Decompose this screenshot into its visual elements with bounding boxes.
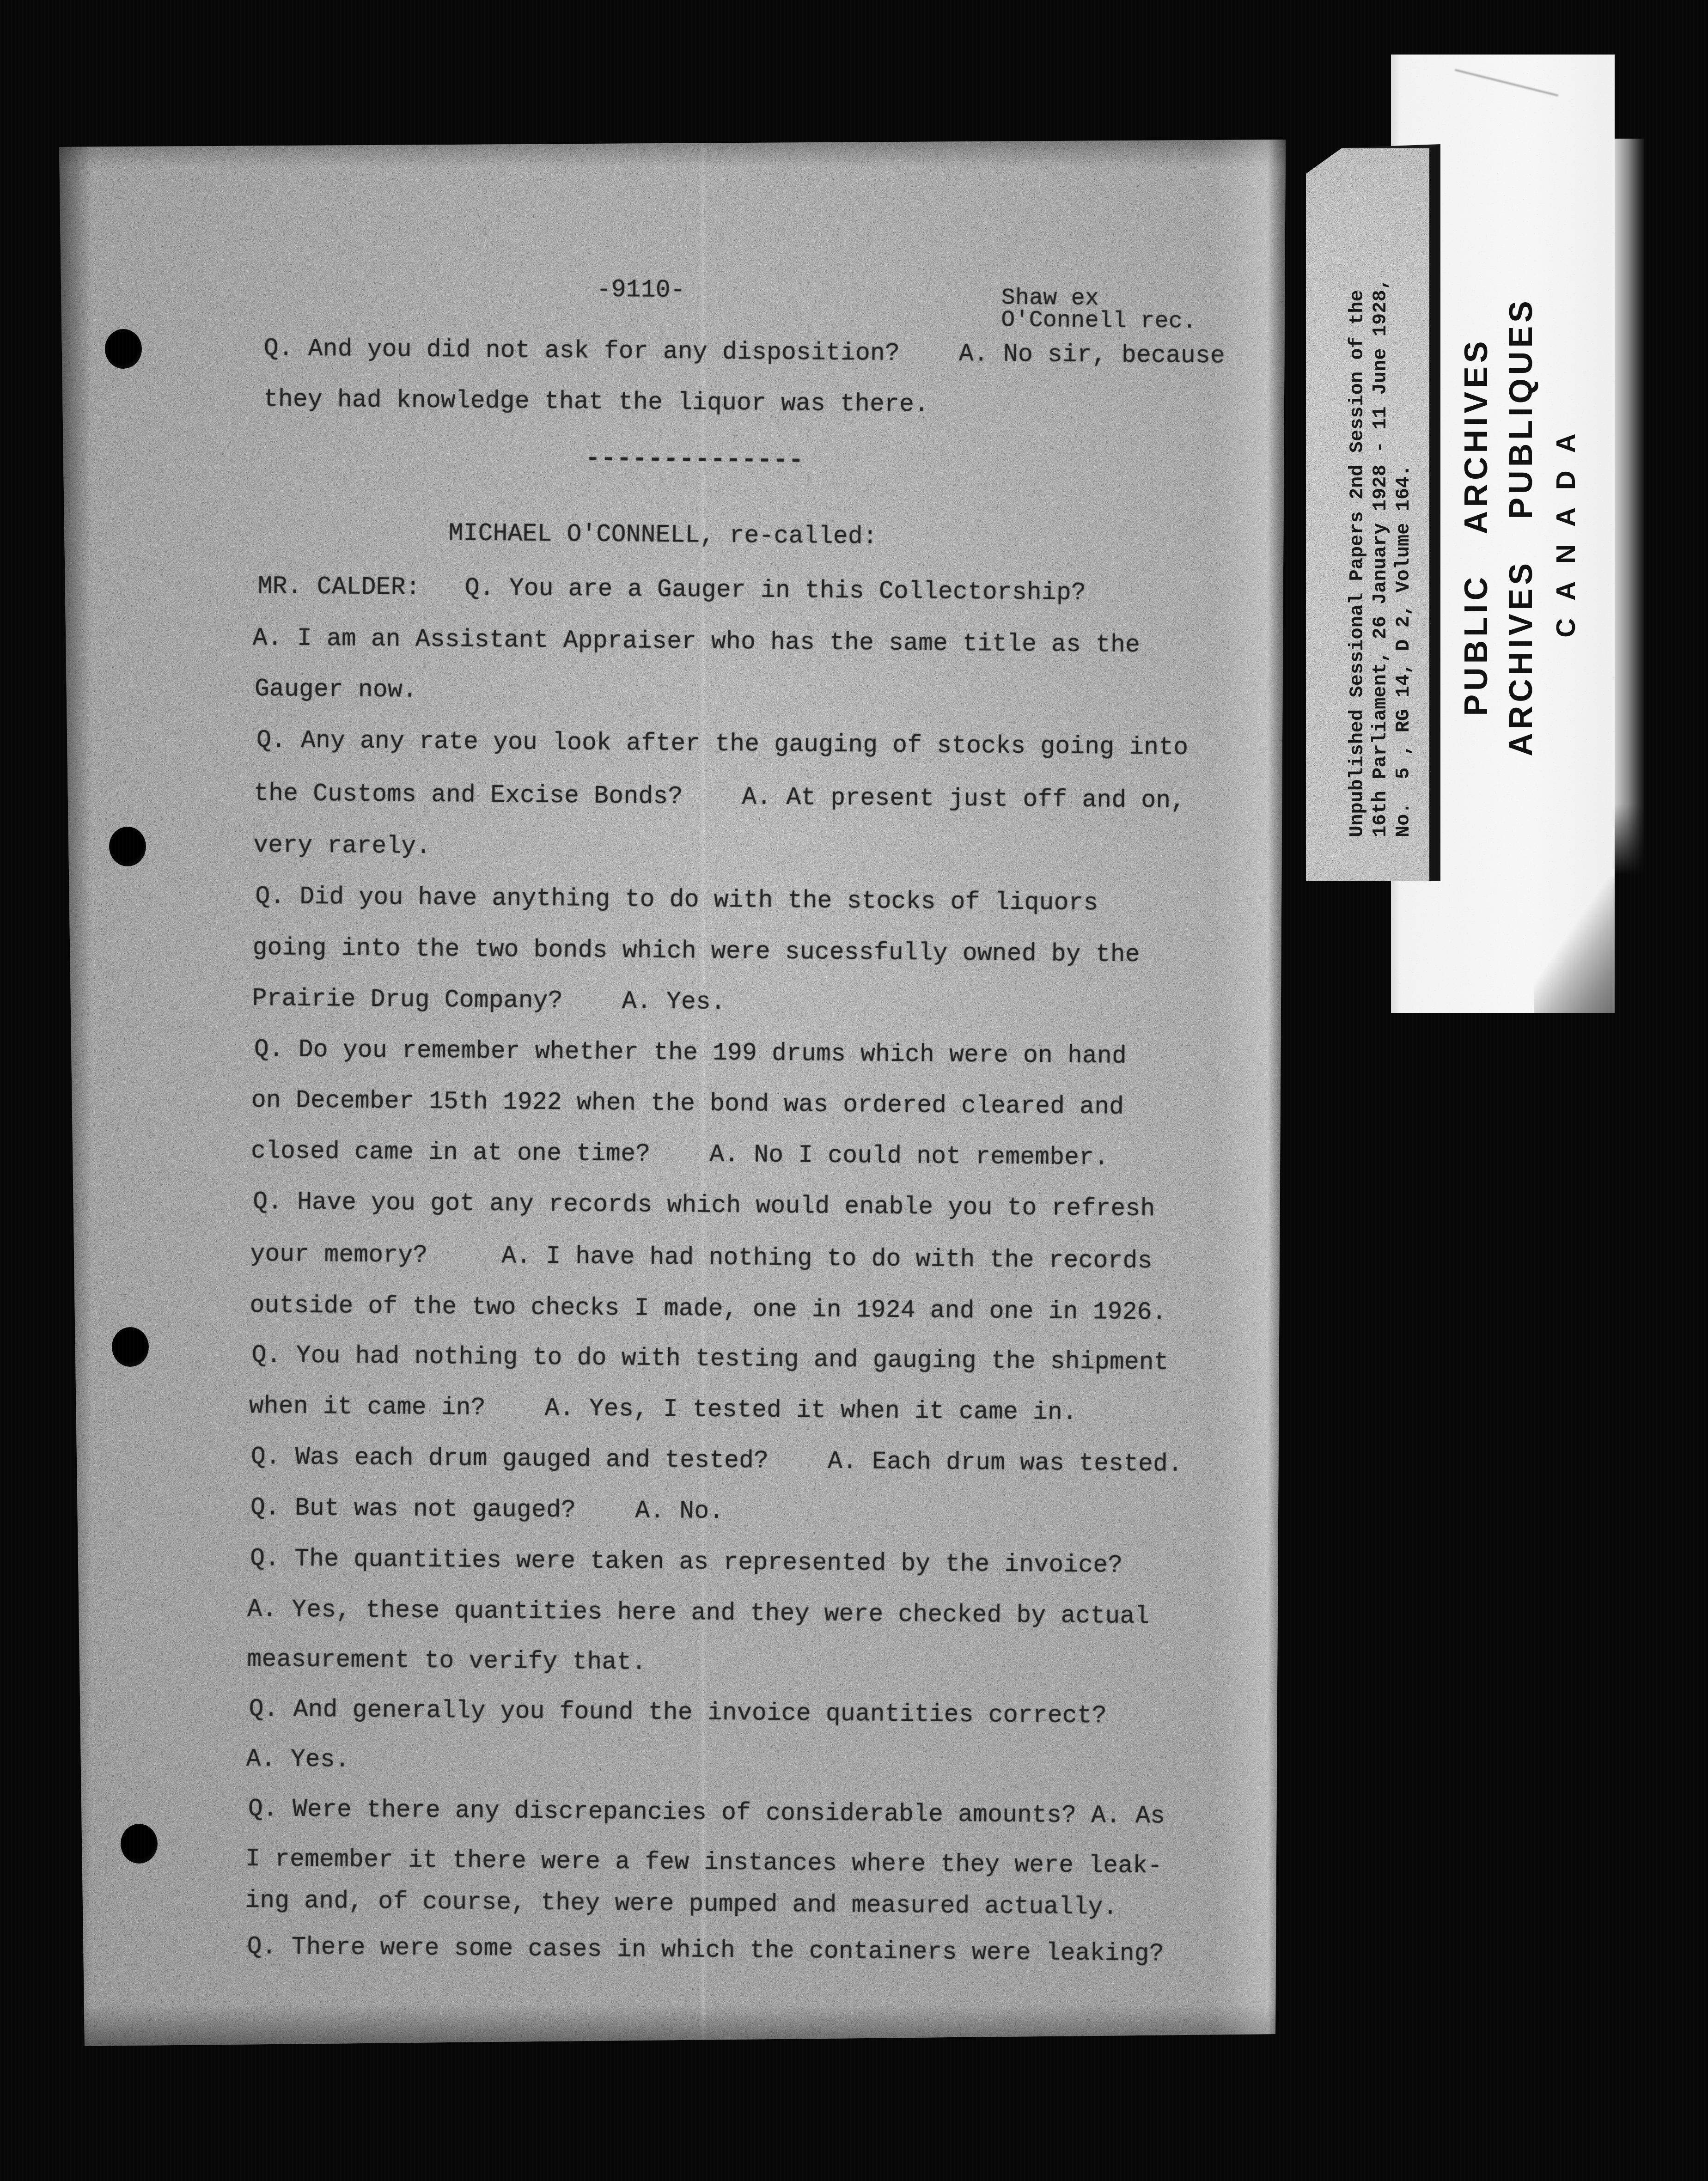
archives-stamp-line-3: CANADA	[1543, 261, 1588, 792]
transcript-line-14: Q. Do you remember whether the 199 drums…	[254, 1036, 1127, 1070]
transcript-line-30: I remember it there were a few instances…	[245, 1846, 1163, 1880]
punch-hole-2	[109, 827, 146, 866]
transcript-line-8: Q. Any any rate you look after the gaugi…	[256, 727, 1189, 761]
sessional-stamp-line-1: Unpublished Sessional Papers 2nd Session…	[1346, 276, 1369, 837]
transcript-line-3: --------------	[586, 445, 805, 474]
card-crease	[1455, 69, 1558, 97]
document-page: -9110- Shaw ex O'Connell rec. Q. And you…	[55, 137, 1287, 2047]
transcript-line-5: MR. CALDER: Q. You are a Gauger in this …	[258, 573, 1086, 606]
sessional-papers-stamp: Unpublished Sessional Papers 2nd Session…	[1306, 144, 1440, 881]
transcript-line-11: Q. Did you have anything to do with the …	[255, 883, 1098, 916]
transcript-line-19: outside of the two checks I made, one in…	[250, 1292, 1167, 1326]
transcript-line-28: A. Yes.	[246, 1746, 350, 1773]
public-archives-stamp: PUBLIC ARCHIVESARCHIVES PUBLIQUESCANADA	[1454, 261, 1588, 792]
transcript-line-29: Q. Were there any discrepancies of consi…	[248, 1796, 1165, 1830]
transcript-line-17: Q. Have you got any records which would …	[253, 1188, 1155, 1222]
transcript-line-21: when it came in? A. Yes, I tested it whe…	[249, 1393, 1078, 1426]
transcript-line-25: A. Yes, these quantities here and they w…	[247, 1596, 1150, 1630]
transcript-line-24: Q. The quantities were taken as represen…	[250, 1545, 1123, 1579]
transcript-line-32: Q. There were some cases in which the co…	[247, 1933, 1164, 1968]
archives-stamp-line-2: ARCHIVES PUBLIQUES	[1499, 261, 1543, 792]
transcript-line-13: Prairie Drug Company? A. Yes.	[252, 985, 726, 1016]
punch-hole-4	[121, 1824, 158, 1864]
sessional-stamp-line-2: 16th Parliament, 26 January 1928 - 11 Ju…	[1369, 276, 1392, 837]
transcript-line-1: Q. And you did not ask for any dispositi…	[264, 335, 1226, 369]
transcript-line-23: Q. But was not gauged? A. No.	[250, 1494, 724, 1525]
transcript-line-6: A. I am an Assistant Appraiser who has t…	[253, 625, 1141, 658]
transcript-line-22: Q. Was each drum gauged and tested? A. E…	[251, 1444, 1183, 1478]
page-number: -9110-	[597, 276, 685, 304]
punch-hole-3	[112, 1327, 149, 1367]
transcript-line-15: on December 15th 1922 when the bond was …	[251, 1087, 1124, 1121]
case-annotation-line-2: O'Connell rec.	[1001, 307, 1196, 335]
card-edge-fade	[1615, 139, 1644, 883]
archives-stamp-line-1: PUBLIC ARCHIVES	[1454, 261, 1499, 792]
transcript-line-20: Q. You had nothing to do with testing an…	[251, 1342, 1169, 1376]
transcript-line-2: they had knowledge that the liquor was t…	[263, 386, 929, 418]
sessional-stamp-text: Unpublished Sessional Papers 2nd Session…	[1346, 276, 1415, 837]
transcript-line-9: the Customs and Excise Bonds? A. At pres…	[254, 780, 1186, 814]
transcript-line-26: measurement to verify that.	[247, 1646, 647, 1676]
transcript-line-4: MICHAEL O'CONNELL, re-called:	[448, 520, 878, 550]
transcript-line-27: Q. And generally you found the invoice q…	[249, 1696, 1107, 1730]
transcript-line-16: closed came in at one time? A. No I coul…	[251, 1138, 1109, 1171]
transcript-line-31: ing and, of course, they were pumped and…	[245, 1887, 1118, 1921]
transcript-lines: Q. And you did not ask for any dispositi…	[56, 135, 1289, 145]
transcript-line-12: going into the two bonds which were suce…	[252, 934, 1140, 968]
transcript-line-7: Gauger now.	[255, 676, 418, 704]
card-fold-shadow	[1534, 877, 1615, 1013]
punch-hole-1	[105, 329, 142, 369]
typewritten-text-layer: -9110- Shaw ex O'Connell rec. Q. And you…	[41, 135, 1289, 2055]
transcript-line-10: very rarely.	[253, 832, 431, 860]
transcript-line-18: your memory? A. I have had nothing to do…	[250, 1241, 1153, 1274]
sessional-stamp-line-3: No. 5 , RG 14, D 2, Volume 164.	[1392, 276, 1415, 837]
